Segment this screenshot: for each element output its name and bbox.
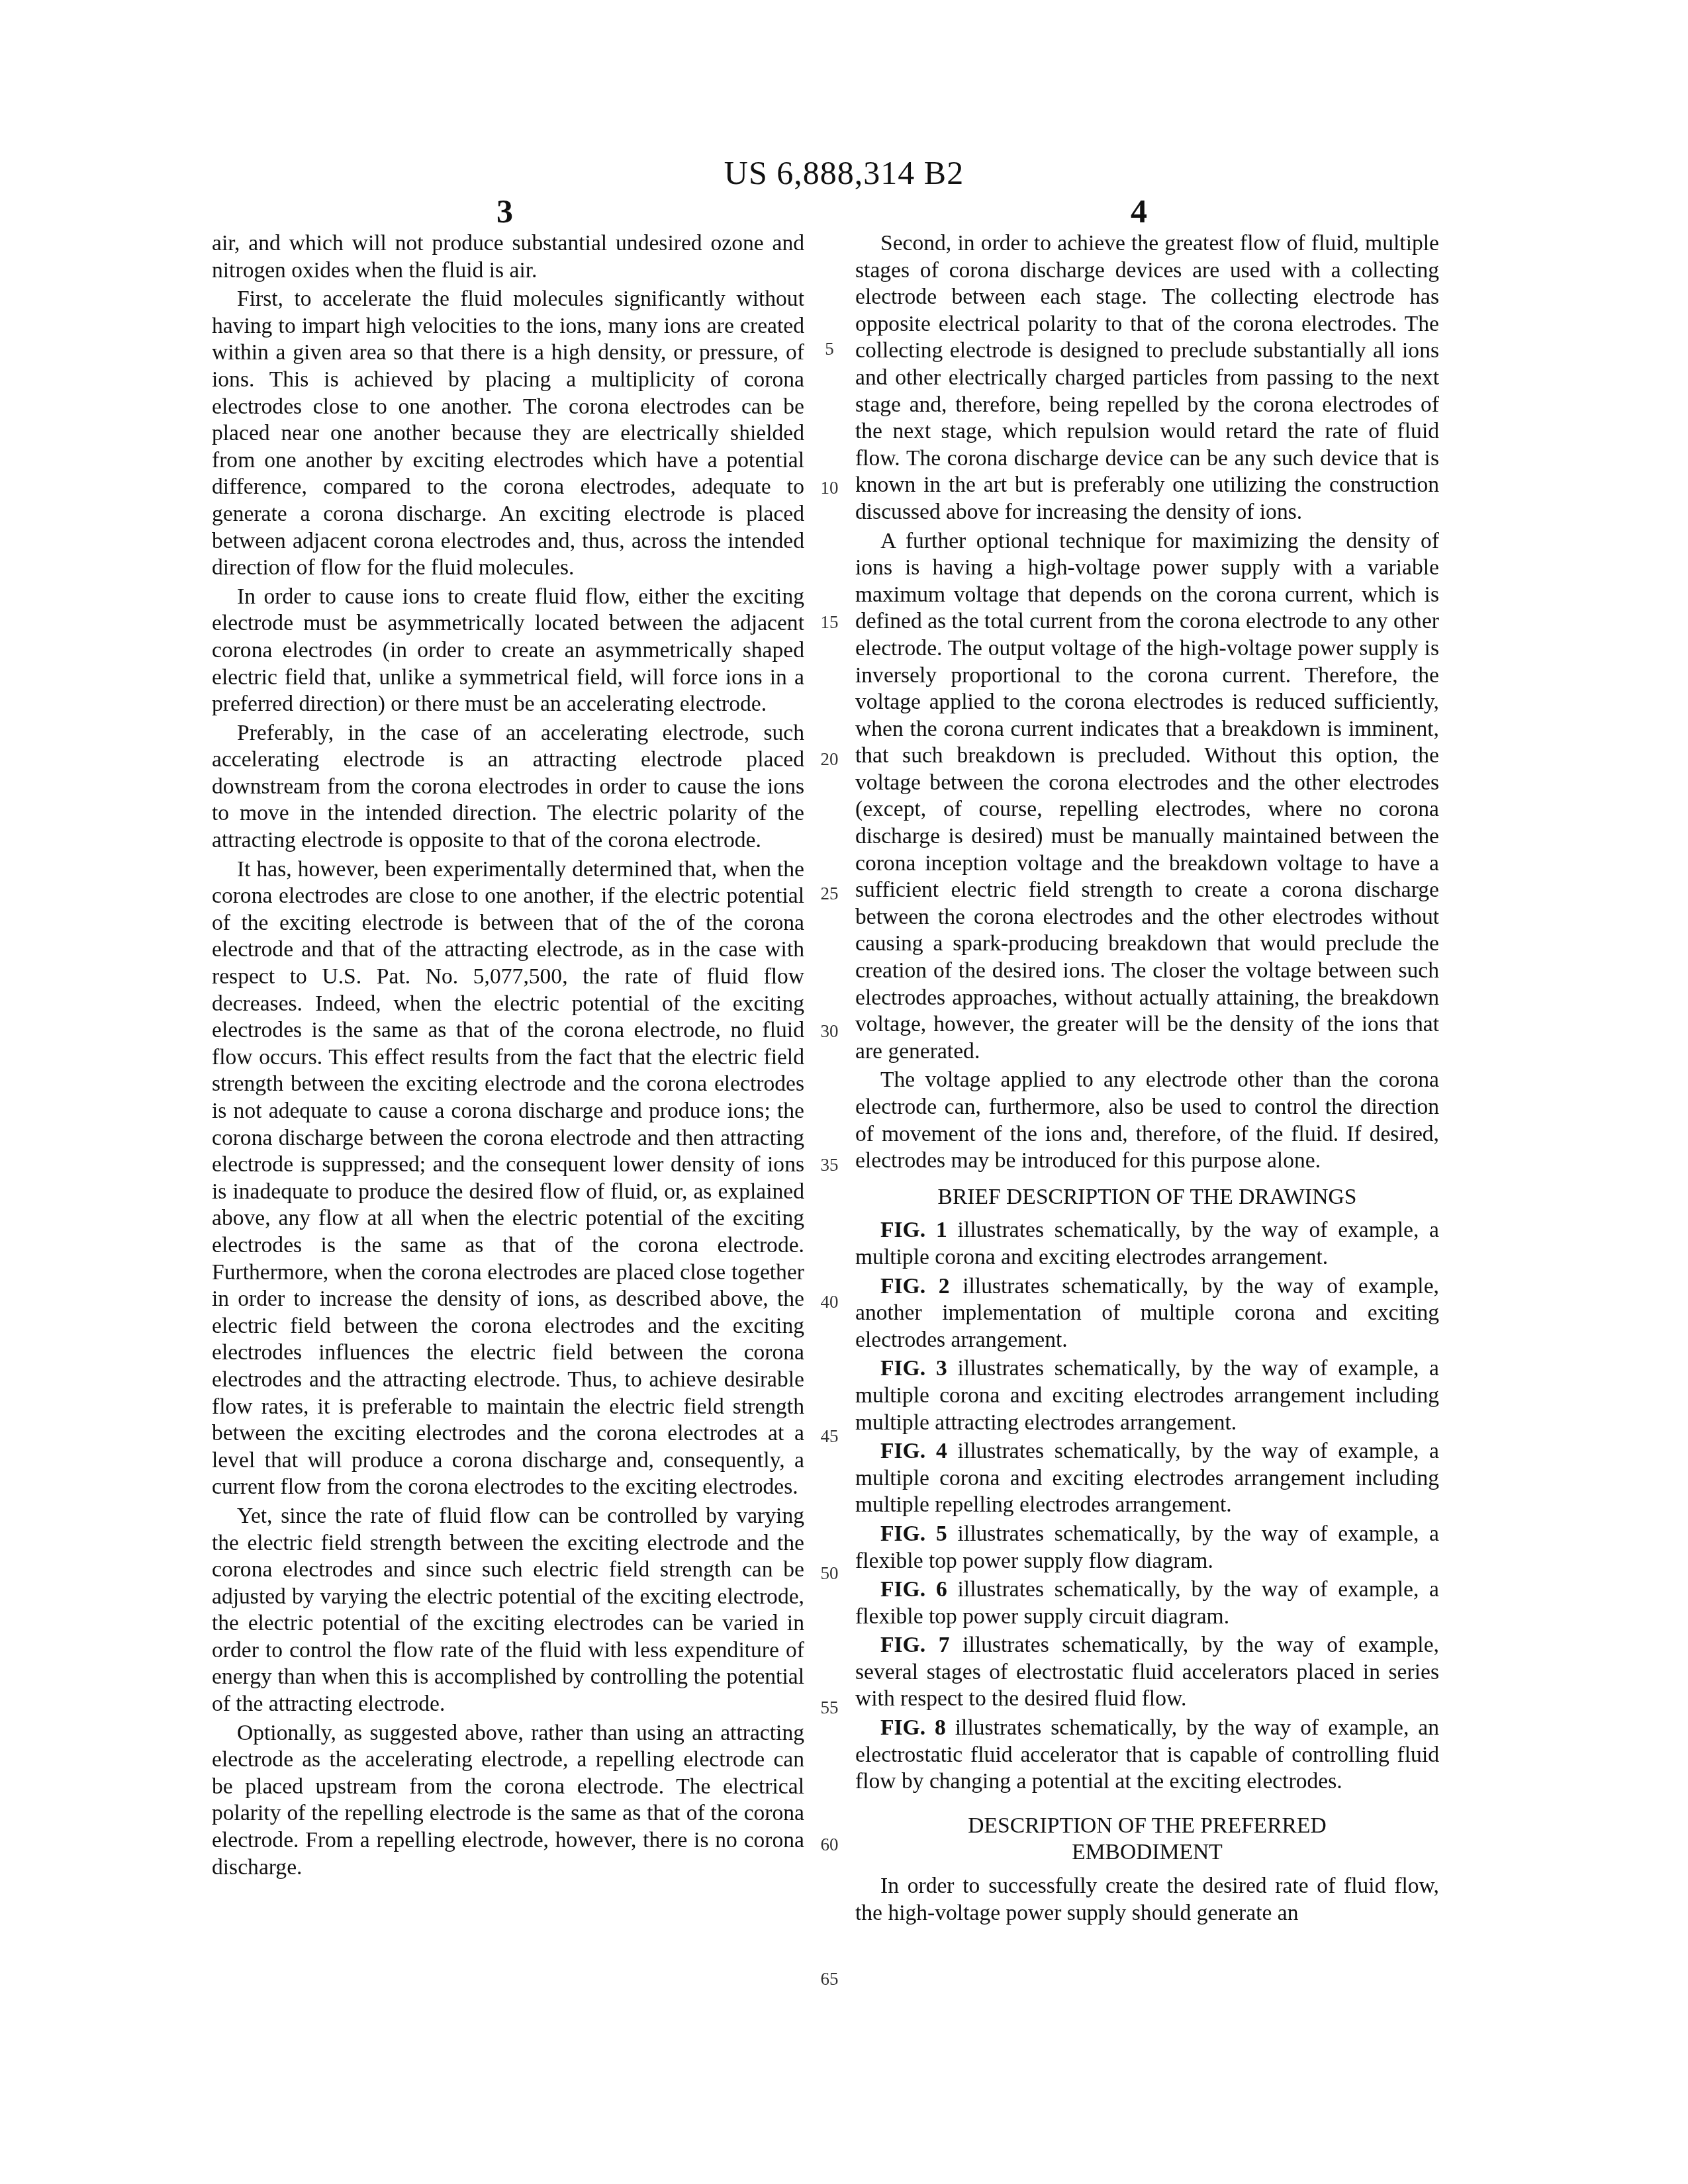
figure-description: FIG. 6 illustrates schematically, by the… bbox=[855, 1576, 1439, 1630]
figure-label: FIG. 5 bbox=[880, 1522, 947, 1546]
column-number-left: 3 bbox=[496, 192, 513, 230]
line-number: 35 bbox=[813, 1155, 846, 1175]
paragraph: It has, however, been experimentally det… bbox=[212, 856, 804, 1501]
figure-description: FIG. 1 illustrates schematically, by the… bbox=[855, 1217, 1439, 1271]
figure-description: FIG. 7 illustrates schematically, by the… bbox=[855, 1632, 1439, 1713]
right-column: Second, in order to achieve the greatest… bbox=[855, 230, 1439, 1929]
paragraph: air, and which will not produce substant… bbox=[212, 230, 804, 284]
figure-description: FIG. 8 illustrates schematically, by the… bbox=[855, 1715, 1439, 1796]
section-heading-brief-description: BRIEF DESCRIPTION OF THE DRAWINGS bbox=[855, 1184, 1439, 1211]
heading-line-1: DESCRIPTION OF THE PREFERRED bbox=[968, 1813, 1326, 1838]
section-heading-preferred-embodiment: DESCRIPTION OF THE PREFERRED EMBODIMENT bbox=[855, 1813, 1439, 1866]
paragraph: The voltage applied to any electrode oth… bbox=[855, 1067, 1439, 1174]
patent-number: US 6,888,314 B2 bbox=[0, 154, 1688, 192]
paragraph: A further optional technique for maximiz… bbox=[855, 528, 1439, 1066]
figure-label: FIG. 8 bbox=[880, 1715, 946, 1740]
line-number: 5 bbox=[813, 339, 846, 359]
line-number: 20 bbox=[813, 749, 846, 770]
figure-label: FIG. 4 bbox=[880, 1439, 947, 1463]
figure-description: FIG. 3 illustrates schematically, by the… bbox=[855, 1355, 1439, 1436]
figure-description: FIG. 5 illustrates schematically, by the… bbox=[855, 1521, 1439, 1574]
heading-line-2: EMBODIMENT bbox=[1072, 1840, 1223, 1864]
figure-label: FIG. 6 bbox=[880, 1577, 947, 1602]
paragraph: In order to cause ions to create fluid f… bbox=[212, 584, 804, 718]
figure-label: FIG. 1 bbox=[880, 1218, 947, 1242]
line-number: 55 bbox=[813, 1698, 846, 1718]
figure-description: FIG. 2 illustrates schematically, by the… bbox=[855, 1273, 1439, 1354]
line-number: 15 bbox=[813, 612, 846, 633]
figure-label: FIG. 7 bbox=[880, 1633, 950, 1657]
paragraph: In order to successfully create the desi… bbox=[855, 1873, 1439, 1927]
paragraph: Preferably, in the case of an accelerati… bbox=[212, 720, 804, 854]
figure-label: FIG. 2 bbox=[880, 1274, 950, 1298]
line-number: 25 bbox=[813, 884, 846, 904]
line-number: 45 bbox=[813, 1426, 846, 1447]
column-number-right: 4 bbox=[1131, 192, 1147, 230]
paragraph: First, to accelerate the fluid molecules… bbox=[212, 286, 804, 582]
line-number: 40 bbox=[813, 1292, 846, 1312]
line-number: 60 bbox=[813, 1835, 846, 1855]
figure-description: FIG. 4 illustrates schematically, by the… bbox=[855, 1438, 1439, 1519]
line-number: 10 bbox=[813, 478, 846, 498]
line-number: 30 bbox=[813, 1021, 846, 1042]
line-number: 50 bbox=[813, 1563, 846, 1584]
paragraph: Second, in order to achieve the greatest… bbox=[855, 230, 1439, 526]
line-number: 65 bbox=[813, 1969, 846, 1989]
figure-label: FIG. 3 bbox=[880, 1356, 947, 1381]
left-column: air, and which will not produce substant… bbox=[212, 230, 804, 1883]
paragraph: Optionally, as suggested above, rather t… bbox=[212, 1720, 804, 1882]
paragraph: Yet, since the rate of fluid flow can be… bbox=[212, 1503, 804, 1718]
